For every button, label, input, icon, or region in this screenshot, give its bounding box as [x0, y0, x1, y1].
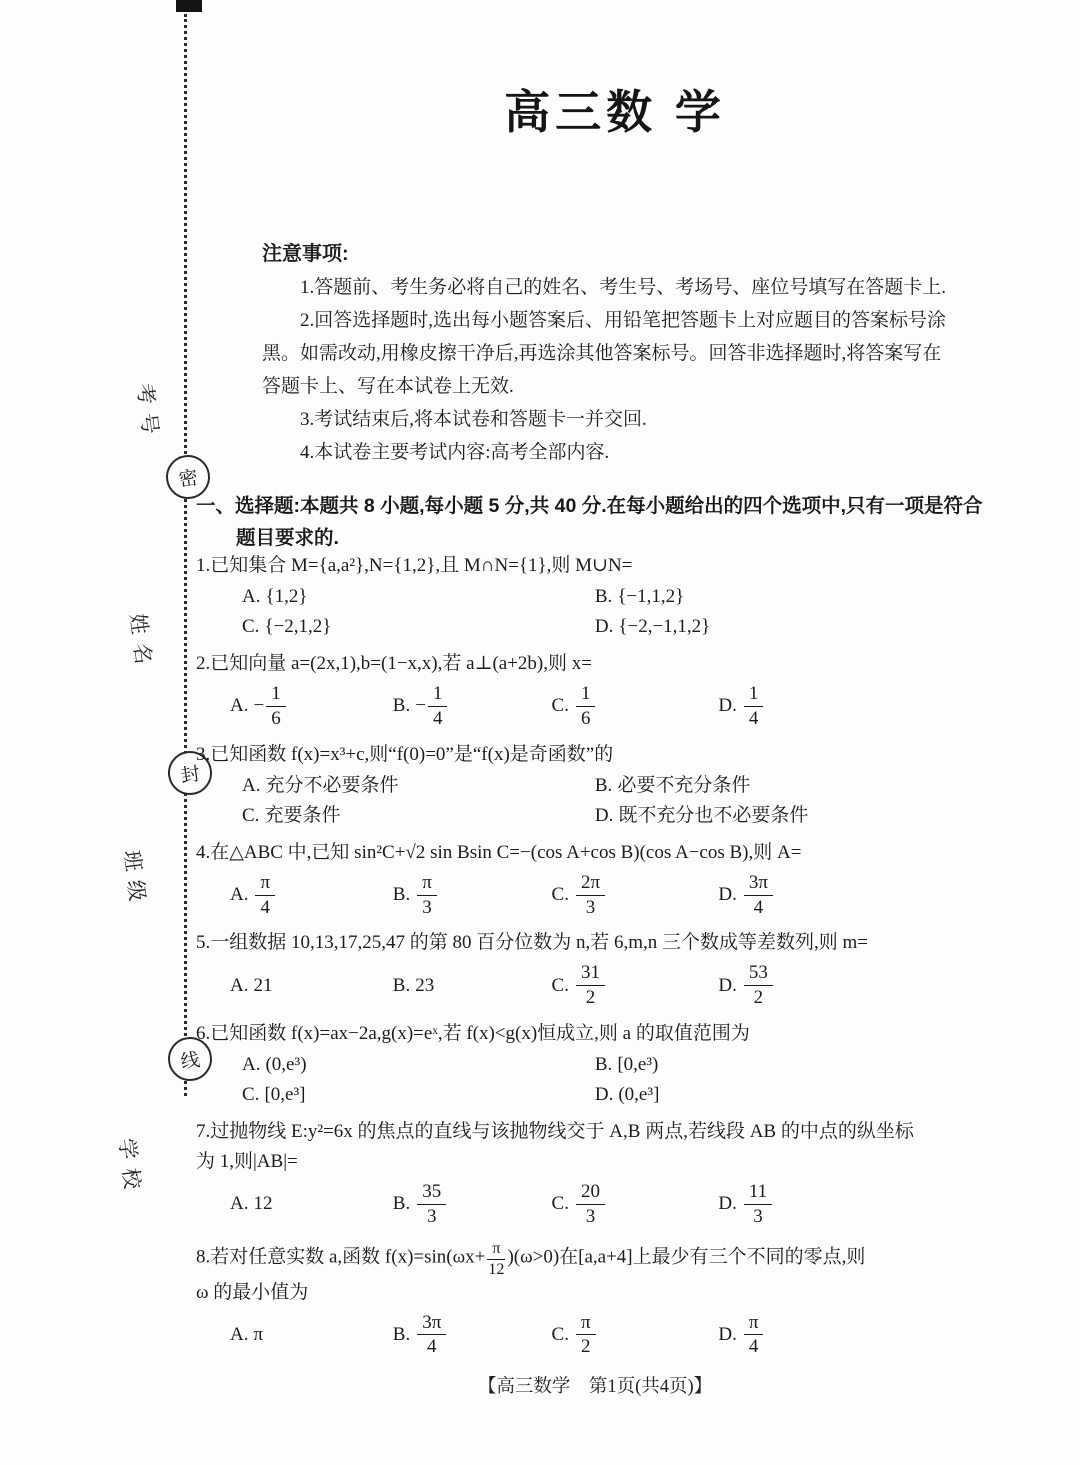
- option-label: A.: [230, 971, 248, 1001]
- q7-option-B: B.353: [393, 1178, 552, 1231]
- fraction-numerator: π: [417, 872, 437, 896]
- option-label: A.: [230, 880, 248, 910]
- option-sign: −: [253, 691, 264, 721]
- option-label: D.: [718, 971, 736, 1001]
- question-3-options: A.充分不必要条件B.必要不充分条件C.充要条件D.既不充分也不必要条件: [196, 771, 1044, 831]
- notice-line-2: 2.回答选择题时,选出每小题答案后、用铅笔把答题卡上对应题目的答案标号涂: [262, 304, 986, 337]
- fraction: 312: [576, 962, 605, 1009]
- question-8-stem-line-1: 8.若对任意实数 a,函数 f(x)=sin(ωx+π12)(ω>0)在[a,a…: [196, 1238, 1044, 1278]
- fraction: π3: [417, 872, 437, 919]
- option-value: 21: [253, 971, 272, 1001]
- question-8-options: A.πB.3π4C.π2D.π4: [196, 1309, 1044, 1362]
- q7-option-A: A.12: [230, 1178, 393, 1231]
- fraction-denominator: 4: [261, 896, 271, 919]
- fraction-numerator: 31: [576, 962, 605, 986]
- option-label: D.: [595, 612, 613, 642]
- q8-option-A: A.π: [230, 1309, 393, 1362]
- sidebar-label-class: 班级: [117, 848, 154, 911]
- fraction-numerator: 20: [576, 1181, 605, 1205]
- option-label: B.: [595, 1050, 612, 1080]
- question-7-stem-line-2: 为 1,则|AB|=: [196, 1147, 1044, 1177]
- fraction-numerator: 3π: [417, 1312, 446, 1336]
- option-label: D.: [595, 801, 613, 831]
- q6-option-C: C.[0,e³]: [242, 1080, 595, 1110]
- fraction: π2: [576, 1312, 596, 1359]
- q2-option-B: B.−14: [393, 680, 552, 733]
- q8-option-C: C.π2: [552, 1309, 719, 1362]
- q7-option-C: C.203: [552, 1178, 719, 1231]
- fraction: 16: [266, 683, 286, 730]
- option-value: 既不充分也不必要条件: [618, 801, 808, 831]
- fraction-numerator: 11: [744, 1181, 772, 1205]
- fraction: 353: [417, 1181, 446, 1228]
- page-title: 高三数 学: [200, 76, 1030, 142]
- option-label: A.: [242, 1050, 260, 1080]
- question-3: 3.已知函数 f(x)=x³+c,则“f(0)=0”是“f(x)是奇函数”的A.…: [196, 740, 1044, 831]
- question-5-stem-line-1: 5.一组数据 10,13,17,25,47 的第 80 百分位数为 n,若 6,…: [196, 928, 1044, 958]
- q3-option-D: D.既不充分也不必要条件: [595, 801, 1044, 831]
- notice-line-3: 黑。如需改动,用橡皮擦干净后,再选涂其他答案标号。回答非选择题时,将答案写在: [262, 337, 986, 370]
- question-4: 4.在△ABC 中,已知 sin²C+√2 sin Bsin C=−(cos A…: [196, 838, 1044, 922]
- fraction-numerator: 1: [576, 683, 596, 707]
- option-value: [0,e³]: [264, 1080, 305, 1110]
- fraction-denominator: 2: [586, 986, 596, 1009]
- q1-option-D: D.{−2,−1,1,2}: [595, 612, 1044, 642]
- question-3-stem-line-1: 3.已知函数 f(x)=x³+c,则“f(0)=0”是“f(x)是奇函数”的: [196, 740, 1044, 770]
- q3-option-A: A.充分不必要条件: [242, 771, 595, 801]
- section-header-line2: 题目要求的.: [196, 522, 1041, 554]
- fraction-numerator: π: [255, 872, 275, 896]
- option-label: B.: [393, 691, 410, 721]
- q6-option-B: B.[0,e³): [595, 1050, 1044, 1080]
- option-label: C.: [552, 880, 569, 910]
- fraction-numerator: 1: [266, 683, 286, 707]
- fraction-numerator: 1: [428, 683, 448, 707]
- q4-option-B: B.π3: [393, 869, 552, 922]
- option-sign: −: [415, 691, 426, 721]
- q4-option-C: C.2π3: [552, 869, 719, 922]
- question-6: 6.已知函数 f(x)=ax−2a,g(x)=eˣ,若 f(x)<g(x)恒成立…: [196, 1019, 1044, 1110]
- fraction-denominator: 3: [586, 1205, 596, 1228]
- option-label: C.: [552, 1189, 569, 1219]
- option-value: 充分不必要条件: [265, 771, 398, 801]
- fraction-numerator: 35: [417, 1181, 446, 1205]
- q2-option-C: C.16: [552, 680, 719, 733]
- notice-heading: 注意事项:: [262, 238, 986, 271]
- question-2: 2.已知向量 a=(2x,1),b=(1−x,x),若 a⊥(a+2b),则 x…: [196, 649, 1044, 733]
- option-value: [0,e³): [617, 1050, 658, 1080]
- fraction-denominator: 3: [422, 896, 432, 919]
- fraction-denominator: 3: [586, 896, 596, 919]
- option-value: {−2,−1,1,2}: [618, 612, 710, 642]
- option-label: C.: [552, 691, 569, 721]
- fraction-numerator: 1: [744, 683, 764, 707]
- option-value: 必要不充分条件: [617, 771, 750, 801]
- option-label: B.: [595, 771, 612, 801]
- q1-option-B: B.{−1,1,2}: [595, 582, 1044, 612]
- fraction: 532: [744, 962, 773, 1009]
- q3-option-C: C.充要条件: [242, 801, 595, 831]
- fraction-numerator: π: [744, 1312, 764, 1336]
- option-label: B.: [393, 1189, 410, 1219]
- question-6-stem-line-1: 6.已知函数 f(x)=ax−2a,g(x)=eˣ,若 f(x)<g(x)恒成立…: [196, 1019, 1044, 1049]
- seal-dotted-line: [184, 14, 187, 1096]
- option-label: A.: [230, 1189, 248, 1219]
- question-2-options: A.−16B.−14C.16D.14: [196, 680, 1044, 733]
- fraction-denominator: 3: [427, 1205, 437, 1228]
- option-label: A.: [230, 1320, 248, 1350]
- option-value: 23: [415, 971, 434, 1001]
- question-6-options: A.(0,e³)B.[0,e³)C.[0,e³]D.(0,e³]: [196, 1050, 1044, 1110]
- question-1-stem-line-1: 1.已知集合 M={a,a²},N={1,2},且 M∩N={1},则 M∪N=: [196, 551, 1044, 581]
- fraction: π4: [255, 872, 275, 919]
- q4-option-A: A.π4: [230, 869, 393, 922]
- fraction-numerator: π: [576, 1312, 596, 1336]
- q5-option-D: D.532: [718, 959, 1044, 1012]
- fraction: 14: [428, 683, 448, 730]
- questions: 1.已知集合 M={a,a²},N={1,2},且 M∩N={1},则 M∪N=…: [196, 551, 1044, 1368]
- option-value: (0,e³]: [618, 1080, 659, 1110]
- option-label: B.: [393, 880, 410, 910]
- option-label: C.: [242, 801, 259, 831]
- fraction-numerator: π: [487, 1240, 505, 1260]
- option-label: C.: [552, 1320, 569, 1350]
- sidebar-label-name: 姓名: [123, 611, 160, 674]
- section-header: 一、选择题:本题共 8 小题,每小题 5 分,共 40 分.在每小题给出的四个选…: [196, 490, 1041, 554]
- option-label: D.: [718, 1189, 736, 1219]
- fraction-denominator: 3: [753, 1205, 763, 1228]
- fraction-numerator: 53: [744, 962, 773, 986]
- fraction-denominator: 6: [581, 707, 591, 730]
- exam-page: 密 封 线 考号 姓名 班级 学校 高三数 学 注意事项: 1.答题前、考生务必…: [0, 0, 1080, 1465]
- fraction: 14: [744, 683, 764, 730]
- q3-option-B: B.必要不充分条件: [595, 771, 1044, 801]
- question-5: 5.一组数据 10,13,17,25,47 的第 80 百分位数为 n,若 6,…: [196, 928, 1044, 1012]
- q2-option-D: D.14: [718, 680, 1044, 733]
- q7-option-D: D.113: [718, 1178, 1044, 1231]
- option-label: B.: [393, 971, 410, 1001]
- option-label: D.: [718, 880, 736, 910]
- q5-option-C: C.312: [552, 959, 719, 1012]
- option-value: {−2,1,2}: [264, 612, 331, 642]
- option-label: D.: [718, 1320, 736, 1350]
- q4-option-D: D.3π4: [718, 869, 1044, 922]
- q6-option-D: D.(0,e³]: [595, 1080, 1044, 1110]
- question-7-stem-line-1: 7.过抛物线 E:y²=6x 的焦点的直线与该抛物线交于 A,B 两点,若线段 …: [196, 1117, 1044, 1147]
- option-label: A.: [230, 691, 248, 721]
- fraction-denominator: 6: [271, 707, 281, 730]
- fraction: π4: [744, 1312, 764, 1359]
- sidebar-label-exam-number: 考号: [130, 381, 167, 444]
- option-label: C.: [242, 1080, 259, 1110]
- q1-option-A: A.{1,2}: [242, 582, 595, 612]
- fraction: 3π4: [417, 1312, 446, 1359]
- notice-line-1: 1.答题前、考生务必将自己的姓名、考生号、考场号、座位号填写在答题卡上.: [262, 271, 986, 304]
- page-footer: 【高三数学 第1页(共4页)】: [110, 1372, 1080, 1398]
- q1-option-C: C.{−2,1,2}: [242, 612, 595, 642]
- option-value: {1,2}: [265, 582, 307, 612]
- option-label: B.: [595, 582, 612, 612]
- question-8: 8.若对任意实数 a,函数 f(x)=sin(ωx+π12)(ω>0)在[a,a…: [196, 1238, 1044, 1361]
- option-label: C.: [552, 971, 569, 1001]
- fraction-denominator: 4: [754, 896, 764, 919]
- option-label: D.: [718, 691, 736, 721]
- fraction-denominator: 4: [433, 707, 443, 730]
- section-header-line1: 一、选择题:本题共 8 小题,每小题 5 分,共 40 分.在每小题给出的四个选…: [196, 490, 1041, 522]
- fraction-denominator: 2: [581, 1335, 591, 1358]
- fraction: 3π4: [744, 872, 773, 919]
- seal-char-label: 密: [177, 462, 200, 491]
- q6-option-A: A.(0,e³): [242, 1050, 595, 1080]
- question-5-options: A.21B.23C.312D.532: [196, 959, 1044, 1012]
- option-value: (0,e³): [265, 1050, 306, 1080]
- q8-option-D: D.π4: [718, 1309, 1044, 1362]
- fraction: π12: [487, 1240, 505, 1280]
- option-label: A.: [242, 771, 260, 801]
- fraction: 16: [576, 683, 596, 730]
- notice-section: 注意事项: 1.答题前、考生务必将自己的姓名、考生号、考场号、座位号填写在答题卡…: [262, 238, 986, 469]
- option-value: 12: [253, 1189, 272, 1219]
- question-8-stem-line-2: ω 的最小值为: [196, 1278, 1044, 1308]
- fraction-numerator: 3π: [744, 872, 773, 896]
- q2-option-A: A.−16: [230, 680, 393, 733]
- option-label: B.: [393, 1320, 410, 1350]
- fraction: 113: [744, 1181, 772, 1228]
- sidebar-label-school: 学校: [112, 1136, 149, 1199]
- fraction-denominator: 4: [749, 1335, 759, 1358]
- option-label: D.: [595, 1080, 613, 1110]
- option-value: {−1,1,2}: [617, 582, 684, 612]
- question-7-options: A.12B.353C.203D.113: [196, 1178, 1044, 1231]
- registration-mark: [176, 0, 202, 12]
- question-4-options: A.π4B.π3C.2π3D.3π4: [196, 869, 1044, 922]
- option-label: C.: [242, 612, 259, 642]
- option-value: 充要条件: [264, 801, 340, 831]
- notice-line-4: 答题卡上、写在本试卷上无效.: [262, 370, 986, 403]
- fraction-numerator: 2π: [576, 872, 605, 896]
- question-2-stem-line-1: 2.已知向量 a=(2x,1),b=(1−x,x),若 a⊥(a+2b),则 x…: [196, 649, 1044, 679]
- q5-option-A: A.21: [230, 959, 393, 1012]
- option-label: A.: [242, 582, 260, 612]
- fraction-denominator: 12: [488, 1260, 504, 1279]
- notice-line-5: 3.考试结束后,将本试卷和答题卡一并交回.: [262, 403, 986, 436]
- question-1-options: A.{1,2}B.{−1,1,2}C.{−2,1,2}D.{−2,−1,1,2}: [196, 582, 1044, 642]
- question-1: 1.已知集合 M={a,a²},N={1,2},且 M∩N={1},则 M∪N=…: [196, 551, 1044, 642]
- fraction-denominator: 4: [427, 1335, 437, 1358]
- question-7: 7.过抛物线 E:y²=6x 的焦点的直线与该抛物线交于 A,B 两点,若线段 …: [196, 1117, 1044, 1231]
- q8-option-B: B.3π4: [393, 1309, 552, 1362]
- fraction: 2π3: [576, 872, 605, 919]
- question-4-stem-line-1: 4.在△ABC 中,已知 sin²C+√2 sin Bsin C=−(cos A…: [196, 838, 1044, 868]
- option-value: π: [253, 1320, 263, 1350]
- notice-line-6: 4.本试卷主要考试内容:高考全部内容.: [262, 436, 986, 469]
- q5-option-B: B.23: [393, 959, 552, 1012]
- fraction-denominator: 4: [749, 707, 759, 730]
- fraction-denominator: 2: [754, 986, 764, 1009]
- fraction: 203: [576, 1181, 605, 1228]
